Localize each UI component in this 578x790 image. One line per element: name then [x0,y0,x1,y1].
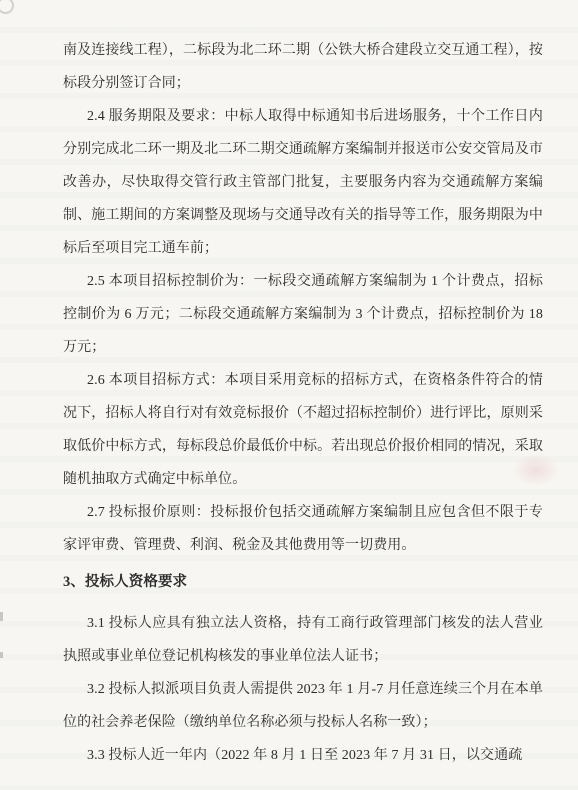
scan-edge-artifact [0,652,3,658]
paragraph-3-2-project-manager-insurance: 3.2 投标人拟派项目负责人需提供 2023 年 1 月-7 月任意连续三个月在… [63,673,543,739]
corner-smudge-artifact [0,0,14,14]
paragraph-2-6-bidding-method: 2.6 本项目招标方式：本项目采用竞标的招标方式，在资格条件符合的情况下，招标人… [63,364,543,496]
paragraph-3-1-legal-person: 3.1 投标人应具有独立法人资格，持有工商行政管理部门核发的法人营业执照或事业单… [63,607,543,673]
paragraph-continuation: 南及连接线工程），二标段为北二环二期（公铁大桥合建段立交互通工程），按标段分别签… [63,34,543,100]
paragraph-2-7-quotation-principle: 2.7 投标报价原则：投标报价包括交通疏解方案编制且应包含但不限于专家评审费、管… [63,496,543,562]
paragraph-2-5-control-price: 2.5 本项目招标控制价为：一标段交通疏解方案编制为 1 个计费点，招标控制价为… [63,265,543,364]
paragraph-2-4-service-period: 2.4 服务期限及要求：中标人取得中标通知书后进场服务，十个工作日内分别完成北二… [63,100,543,265]
document-page: 南及连接线工程），二标段为北二环二期（公铁大桥合建段立交互通工程），按标段分别签… [0,0,578,790]
paragraph-3-3-recent-year: 3.3 投标人近一年内（2022 年 8 月 1 日至 2023 年 7 月 3… [63,739,543,772]
section-heading-bidder-qualifications: 3、投标人资格要求 [63,566,543,599]
scan-edge-artifact [0,612,3,621]
